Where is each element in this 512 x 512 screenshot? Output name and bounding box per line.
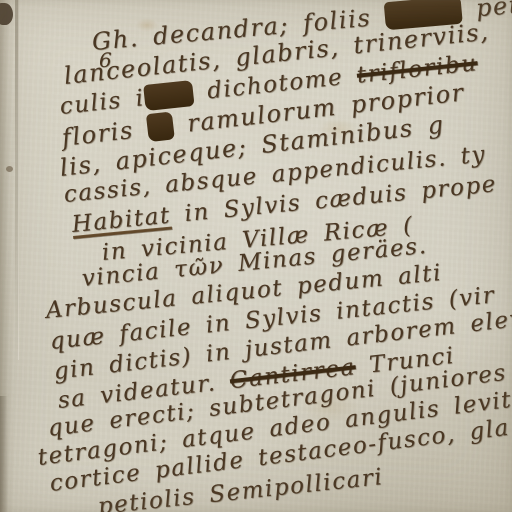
manuscript-segment: culis i	[59, 85, 146, 120]
manuscript-text-layer: Gh. decandra; foliis ——— petlanceolatis,…	[0, 0, 512, 512]
manuscript-page: Gh. decandra; foliis ——— petlanceolatis,…	[0, 0, 512, 512]
manuscript-segment-blot: ——	[143, 80, 195, 111]
manuscript-segment-underline: Habitat	[71, 203, 172, 238]
marginal-number: 6	[99, 48, 112, 72]
manuscript-segment-blot: —	[146, 111, 175, 142]
